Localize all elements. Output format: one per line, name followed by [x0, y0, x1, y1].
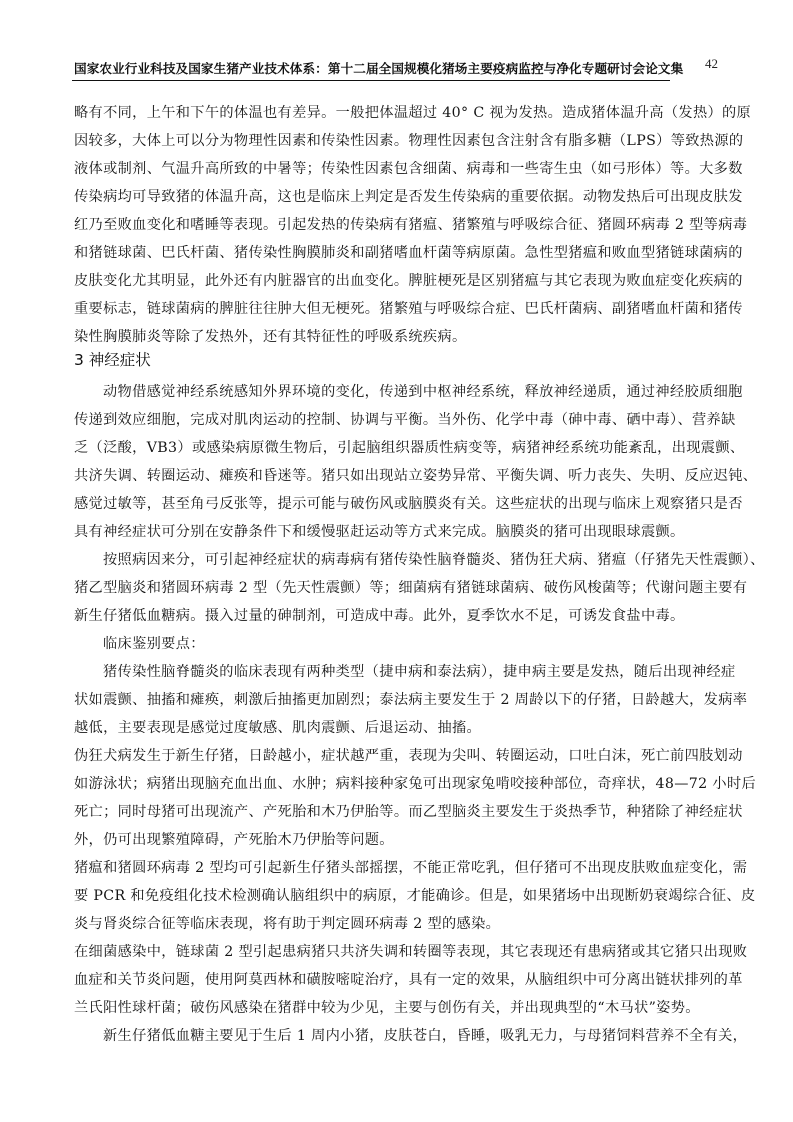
text-line: 染性胸膜肺炎等除了发热外，还有其特征性的呼吸系统疾病。 — [74, 327, 724, 347]
text-line: 共济失调、转圈运动、瘫痪和昏迷等。猪只如出现站立姿势异常、平衡失调、听力丧失、失… — [74, 466, 724, 486]
clinical-points-label: 临床鉴别要点： — [103, 634, 724, 654]
text-line: 具有神经症状可分别在安静条件下和缓慢驱赶运动等方式来完成。脑膜炎的猪可出现眼球震… — [74, 522, 724, 542]
text-line: 按照病因来分，可引起神经症状的病毒病有猪传染性脑脊髓炎、猪伪狂犬病、猪瘟（仔猪先… — [103, 550, 724, 570]
text-line: 血症和关节炎问题，使用阿莫西林和磺胺嘧啶治疗，具有一定的效果，从脑组织中可分离出… — [74, 970, 724, 990]
text-line: 在细菌感染中，链球菌 2 型引起患病猪只共济失调和转圈等表现，其它表现还有患病猪… — [74, 942, 724, 962]
text-line: 传染病均可导致猪的体温升高，这也是临床上判定是否发生传染病的重要依据。动物发热后… — [74, 187, 724, 207]
text-line: 液体或制剂、气温升高所致的中暑等；传染性因素包含细菌、病毒和一些寄生虫（如弓形体… — [74, 159, 724, 179]
text-line: 外，仍可出现繁殖障碍，产死胎木乃伊胎等问题。 — [74, 830, 724, 850]
text-line: 动物借感觉神经系统感知外界环境的变化，传递到中枢神经系统，释放神经递质，通过神经… — [103, 382, 724, 402]
text-line: 皮肤变化尤其明显，此外还有内脏器官的出血变化。脾脏梗死是区别猪瘟与其它表现为败血… — [74, 271, 724, 291]
text-line: 要 PCR 和免疫组化技术检测确认脑组织中的病原，才能确诊。但是，如果猪场中出现… — [74, 886, 724, 906]
text-line: 因较多，大体上可以分为物理性因素和传染性因素。物理性因素包含注射含有脂多糖（LP… — [74, 131, 724, 151]
text-line: 重要标志，链球菌病的脾脏往往肿大但无梗死。猪繁殖与呼吸综合症、巴氏杆菌病、副猪嗜… — [74, 299, 724, 319]
text-line: 伪狂犬病发生于新生仔猪，日龄越小，症状越严重，表现为尖叫、转圈运动，口吐白沫，死… — [74, 746, 724, 766]
text-line: 红乃至败血变化和嗜睡等表现。引起发热的传染病有猪瘟、猪繁殖与呼吸综合征、猪圆环病… — [74, 215, 724, 235]
page-number: 42 — [705, 56, 718, 72]
header-divider — [72, 80, 670, 81]
text-line: 状如震颤、抽搐和瘫痪，刺激后抽搐更加剧烈；泰法病主要发生于 2 周龄以下的仔猪，… — [74, 690, 724, 710]
text-line: 兰氏阳性球杆菌；破伤风感染在猪群中较为少见，主要与创伤有关，并出现典型的“木马状… — [74, 998, 724, 1018]
text-line: 猪传染性脑脊髓炎的临床表现有两种类型（捷申病和泰法病），捷申病主要是发热，随后出… — [103, 662, 724, 682]
text-line: 传递到效应细胞，完成对肌肉运动的控制、协调与平衡。当外伤、化学中毒（砷中毒、硒中… — [74, 410, 724, 430]
document-page: 国家农业行业科技及国家生猪产业技术体系：第十二届全国规模化猪场主要疫病监控与净化… — [0, 0, 793, 1122]
text-line: 新生仔猪低血糖病。摄入过量的砷制剂，可造成中毒。此外，夏季饮水不足，可诱发食盐中… — [74, 606, 724, 626]
text-line: 和猪链球菌、巴氏杆菌、猪传染性胸膜肺炎和副猪嗜血杆菌等病原菌。急性型猪瘟和败血型… — [74, 243, 724, 263]
text-line: 越低，主要表现是感觉过度敏感、肌肉震颤、后退运动、抽搐。 — [74, 718, 724, 738]
text-line: 猪瘟和猪圆环病毒 2 型均可引起新生仔猪头部摇摆，不能正常吃乳，但仔猪可不出现皮… — [74, 858, 724, 878]
running-header-title: 国家农业行业科技及国家生猪产业技术体系：第十二届全国规模化猪场主要疫病监控与净化… — [74, 58, 674, 77]
text-line: 如游泳状；病猪出现脑充血出血、水肿；病料接种家兔可出现家兔啃咬接种部位，奇痒状，… — [74, 774, 724, 794]
text-line: 新生仔猪低血糖主要见于生后 1 周内小猪，皮肤苍白，昏睡，吸乳无力，与母猪饲料营… — [103, 1026, 724, 1046]
section-heading: 3 神经症状 — [74, 348, 151, 370]
text-line: 乏（泛酸，VB3）或感染病原微生物后，引起脑组织器质性病变等，病猪神经系统功能紊… — [74, 438, 724, 458]
text-line: 略有不同，上午和下午的体温也有差异。一般把体温超过 40° C 视为发热。造成猪… — [74, 103, 724, 123]
text-line: 感觉过敏等，甚至角弓反张等，提示可能与破伤风或脑膜炎有关。这些症状的出现与临床上… — [74, 494, 724, 514]
text-line: 炎与肾炎综合征等临床表现，将有助于判定圆环病毒 2 型的感染。 — [74, 914, 724, 934]
text-line: 猪乙型脑炎和猪圆环病毒 2 型（先天性震颤）等；细菌病有猪链球菌病、破伤风梭菌等… — [74, 578, 724, 598]
text-line: 死亡；同时母猪可出现流产、产死胎和木乃伊胎等。而乙型脑炎主要发生于炎热季节，种猪… — [74, 802, 724, 822]
